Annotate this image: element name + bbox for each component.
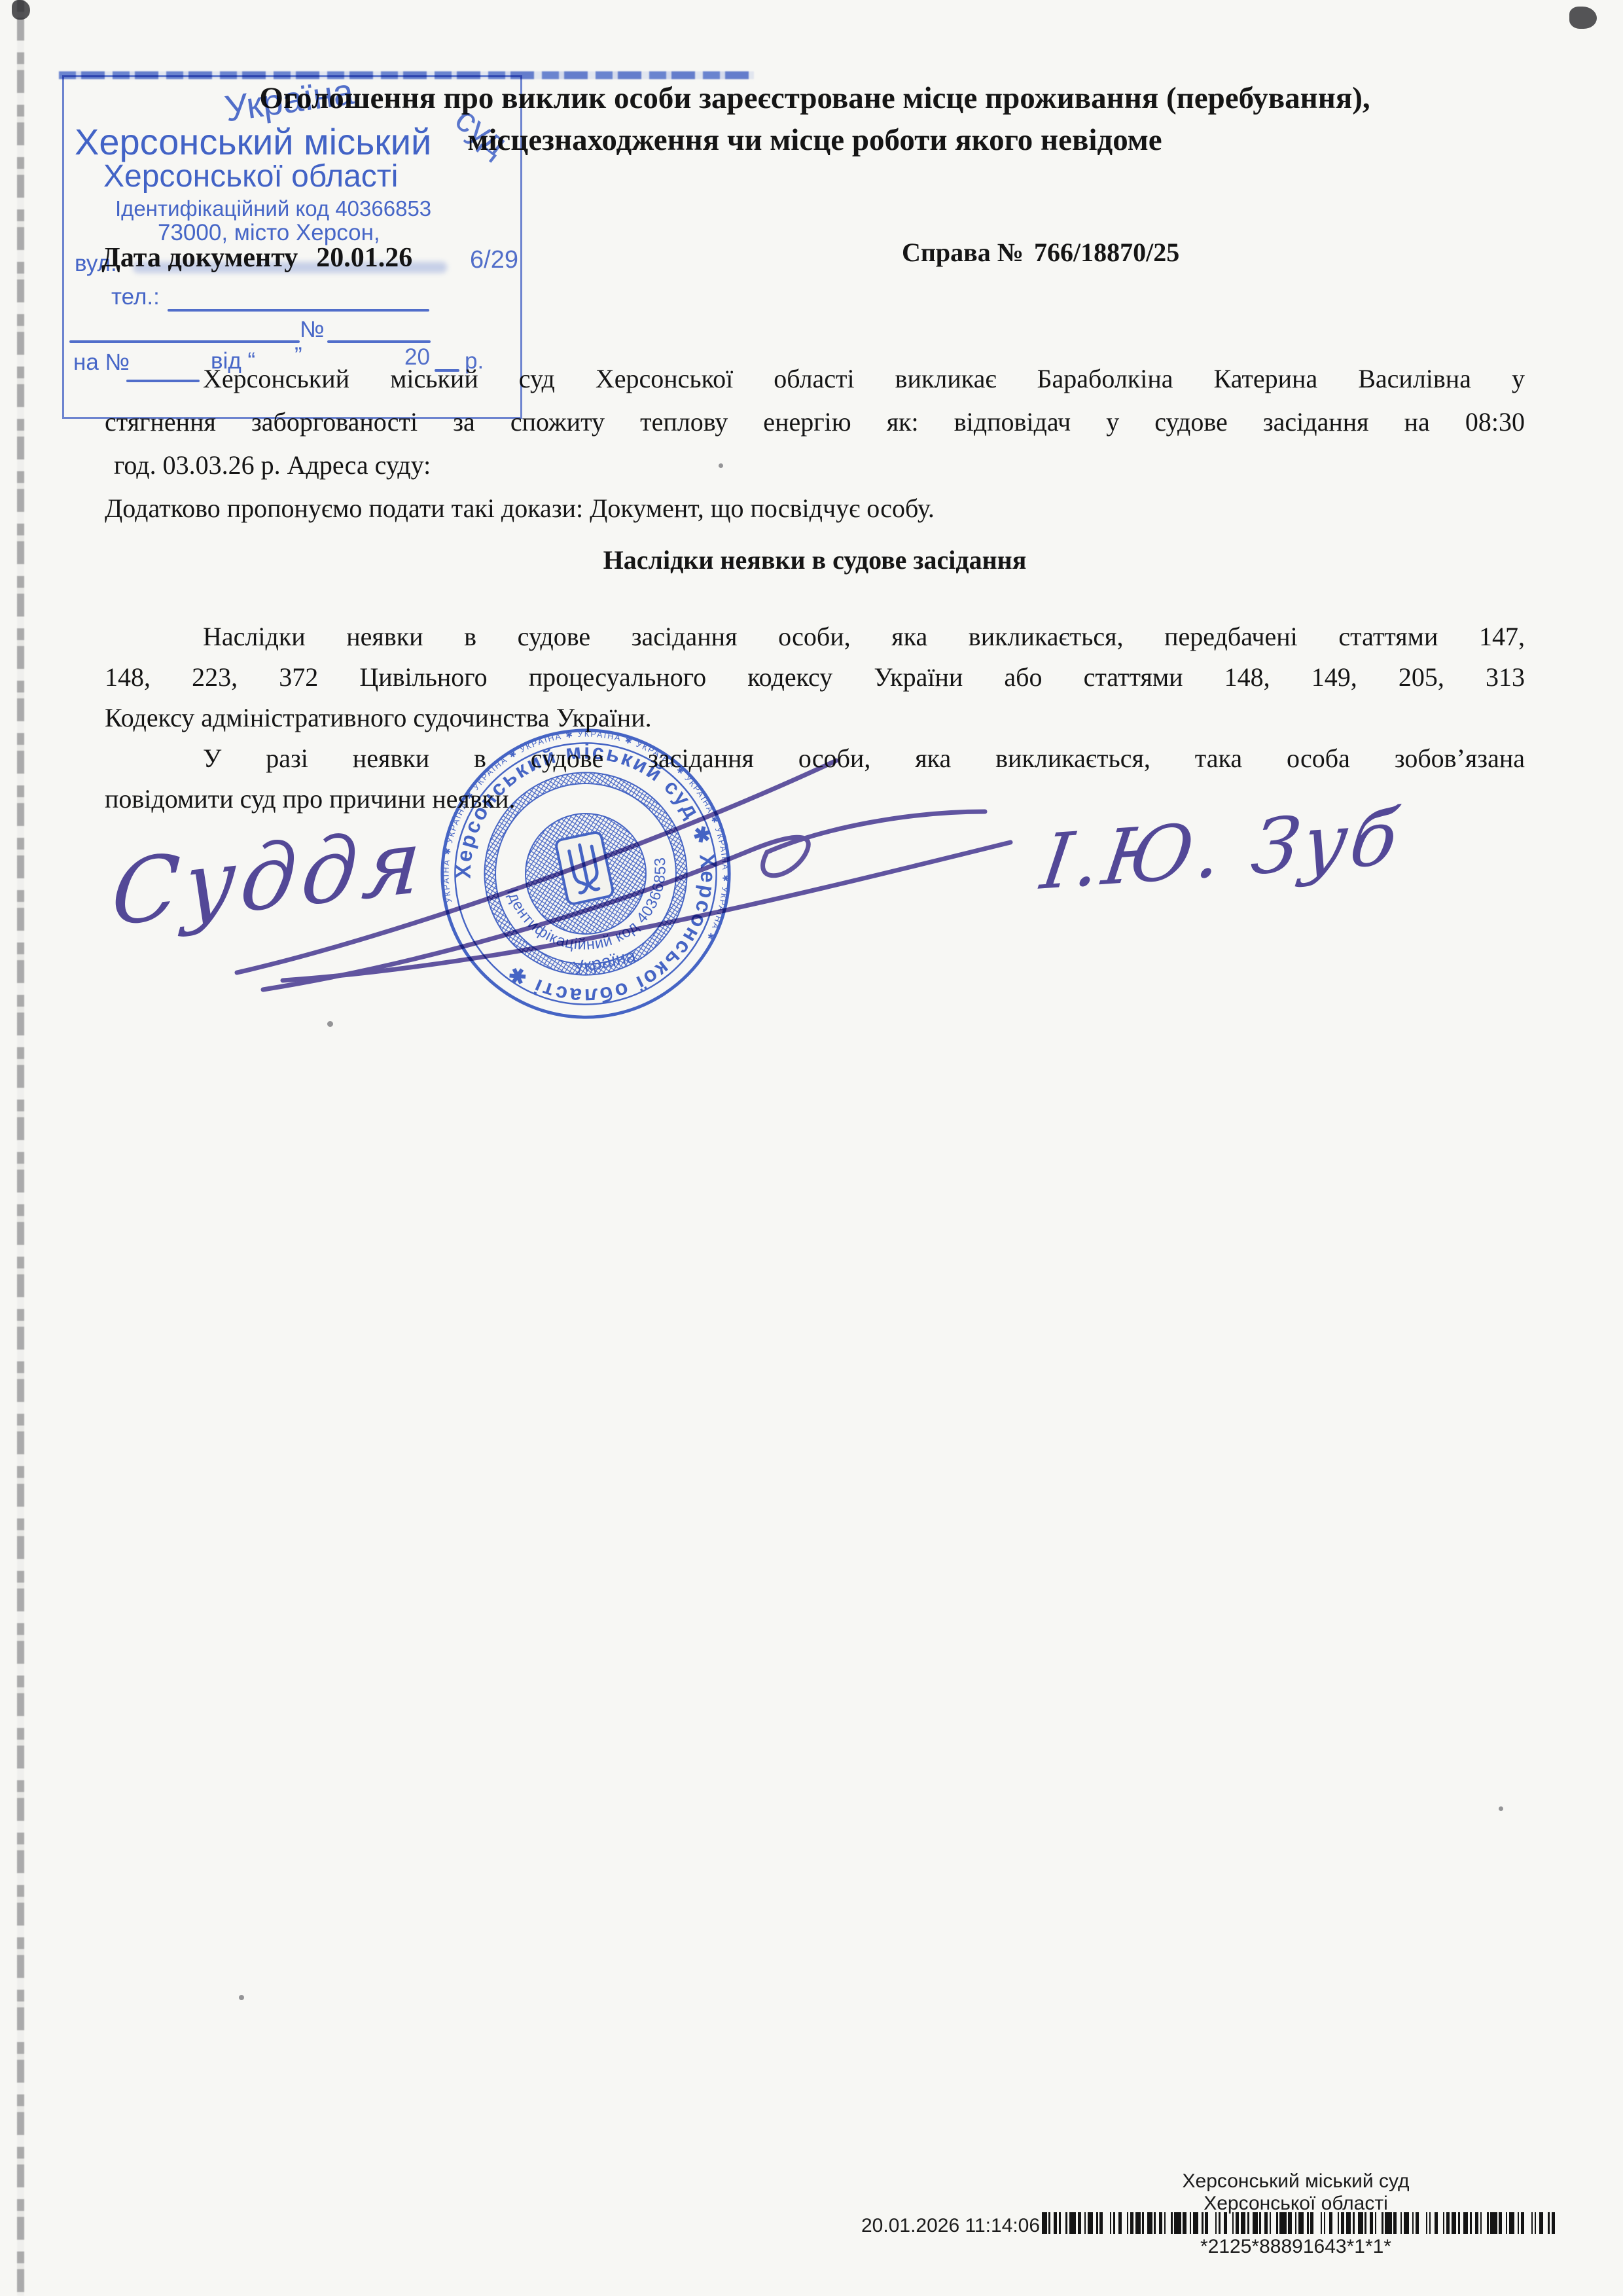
pen-signature-strokes	[196, 681, 1047, 1021]
barcode	[1042, 2212, 1556, 2234]
scan-speck	[1499, 1806, 1503, 1811]
footer-court-name: Херсонський міський суд Херсонської обла…	[1086, 2170, 1505, 2215]
stamp-street-label: вул.	[75, 251, 117, 277]
stamp-id-code: Ідентифікаційний код 40366853	[115, 196, 431, 221]
case-label: Справа №	[902, 237, 1024, 268]
barcode-text: *2125*88891643*1*1*	[1086, 2236, 1505, 2258]
stamp-year-suffix: р.	[465, 348, 484, 374]
stamp-street-number: 6/29	[470, 246, 518, 274]
stamp-blank-line	[327, 340, 431, 343]
stamp-number-label: №	[300, 317, 325, 343]
stamp-incoming-label: на №	[73, 350, 130, 376]
stamp-blank-line	[168, 309, 429, 312]
stamp-year-fragment: 20	[404, 344, 430, 370]
case-number: 766/18870/25	[1034, 237, 1179, 268]
stamp-quote-close: ”	[294, 343, 302, 369]
paragraph-line: год. 03.03.26 р. Адреса суду:	[105, 444, 1525, 487]
case-number-line: Справа № 766/18870/25	[902, 237, 1179, 268]
stamp-city-line: 73000, місто Херсон,	[158, 220, 380, 246]
stamp-court-name: Херсонський міський	[75, 120, 431, 163]
footer-court-line-1: Херсонський міський суд	[1086, 2170, 1505, 2193]
section-heading: Наслідки неявки в судове засідання	[105, 545, 1525, 575]
paragraph-line: Додатково пропонуємо подати такі докази:…	[105, 487, 1525, 530]
scan-speck	[239, 1995, 244, 2000]
stamp-region: Херсонської області	[103, 158, 398, 194]
stamp-blank-line	[69, 340, 300, 343]
scan-blob-top-left	[12, 0, 30, 20]
stamp-from-label: від “	[211, 348, 255, 374]
footer-timestamp: 20.01.2026 11:14:06	[861, 2215, 1040, 2237]
stamp-phone-label: тел.:	[111, 284, 160, 310]
scan-streak-left	[17, 0, 24, 2296]
paragraph-line: Наслідки неявки в судове засідання особи…	[105, 617, 1525, 657]
document-page: Оголошення про виклик особи зареєстрован…	[0, 0, 1623, 2296]
stamp-street-smudge	[133, 262, 447, 273]
scan-blob-top-right	[1569, 7, 1597, 29]
stamp-court-name-tail: суд	[448, 99, 516, 164]
corner-stamp: Україна Херсонський міський суд Херсонсь…	[62, 75, 522, 419]
scan-speck	[327, 1021, 333, 1027]
stamp-blank-line	[126, 380, 200, 382]
footer-court-line-2: Херсонської області	[1086, 2193, 1505, 2215]
stamp-blank-line	[435, 369, 459, 372]
